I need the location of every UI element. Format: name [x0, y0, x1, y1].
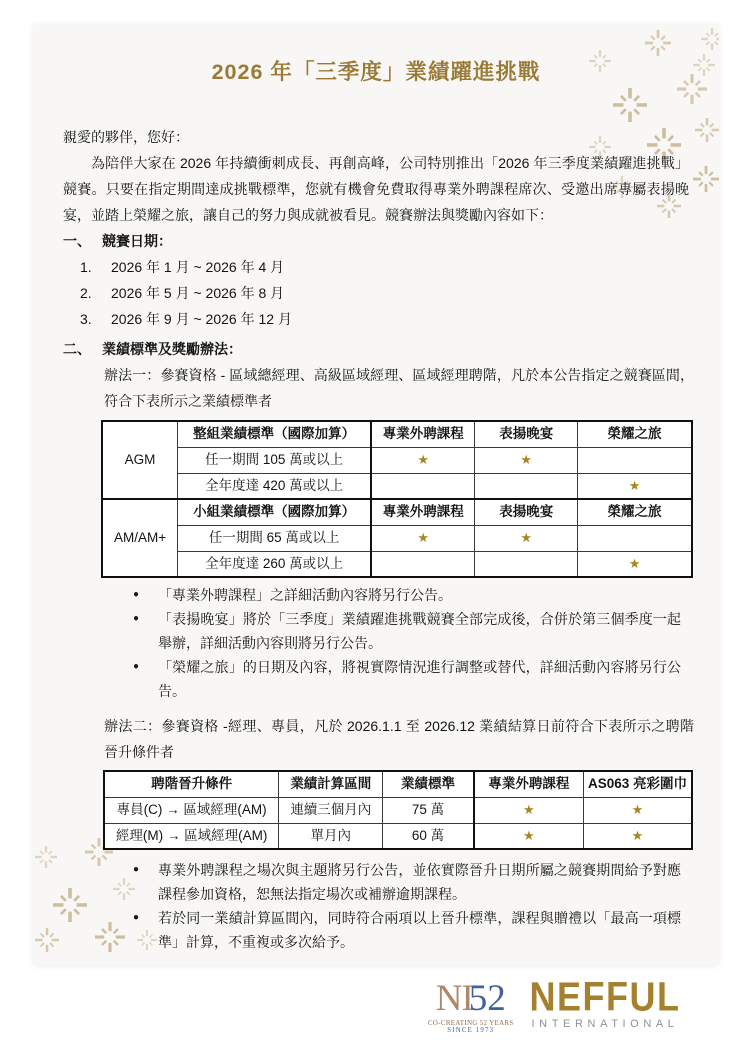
- empty-cell: [475, 551, 578, 577]
- column-header: 小組業績標準（國際加算）: [178, 499, 372, 525]
- method2-intro: 辦法二：參賽資格 -經理、專員，凡於 2026.1.1 至 2026.12 業績…: [104, 713, 694, 765]
- section-title: 業績標準及獎勵辦法：: [102, 336, 242, 362]
- section-heading-standards: 二、 業績標準及獎勵辦法：: [63, 336, 693, 362]
- standard-cell: 任一期間 105 萬或以上: [178, 447, 372, 473]
- column-header: 榮耀之旅: [578, 499, 692, 525]
- date-range: 2026 年 9 月 ~ 2026 年 12 月: [111, 306, 292, 332]
- empty-cell: [371, 551, 475, 577]
- neffful-logo: NEFFUL INTERNATIONAL: [530, 976, 681, 1030]
- method1-intro: 辦法一：參賽資格 - 區域總經理、高級區域經理、區域經理聘階，凡於本公告指定之競…: [104, 362, 694, 414]
- group-label-agm: AGM: [102, 421, 178, 499]
- star-icon: ★: [584, 797, 693, 823]
- list-number: 3.: [80, 306, 111, 332]
- table-row: 專員(C) → 區域經理(AM) 連續三個月內 75 萬 ★ ★: [104, 797, 692, 823]
- section-heading-notice: 三、 注意事項: [63, 960, 693, 965]
- column-header: 表揚晚宴: [475, 499, 578, 525]
- section-title: 競賽日期：: [102, 228, 172, 254]
- ni52-ni-letters: NI: [436, 978, 473, 1019]
- competition-dates-list: 1. 2026 年 1 月 ~ 2026 年 4 月 2. 2026 年 5 月…: [80, 254, 693, 332]
- standard-cell: 任一期間 65 萬或以上: [178, 525, 372, 551]
- empty-cell: [578, 525, 692, 551]
- period-cell: 單月內: [279, 823, 383, 849]
- table-row: 全年度達 260 萬或以上 ★: [102, 551, 692, 577]
- section-heading-dates: 一、 競賽日期：: [63, 228, 693, 254]
- bullet-icon: ●: [133, 655, 158, 703]
- section-number: 三、: [63, 960, 102, 965]
- column-header: AS063 亮彩圍巾: [584, 771, 693, 797]
- ni52-wordmark: NI52: [428, 981, 514, 1017]
- column-header: 整組業績標準（國際加算）: [178, 421, 372, 447]
- list-item: 3. 2026 年 9 月 ~ 2026 年 12 月: [80, 306, 693, 332]
- star-icon: ★: [578, 551, 692, 577]
- ni52-since: SINCE 1973: [428, 1027, 514, 1034]
- sparkle-icon: [693, 166, 719, 192]
- document-canvas: 2026 年「三季度」業績躍進挑戰 親愛的夥伴，您好： 為陪伴大家在 2026 …: [0, 0, 750, 1050]
- star-icon: ★: [371, 525, 475, 551]
- table-row: AM/AM+ 小組業績標準（國際加算） 專業外聘課程 表揚晚宴 榮耀之旅: [102, 499, 692, 525]
- table-row: 經理(M) → 區域經理(AM) 單月內 60 萬 ★ ★: [104, 823, 692, 849]
- column-header: 專業外聘課程: [474, 771, 584, 797]
- sparkle-icon: [701, 28, 719, 50]
- list-item: 2. 2026 年 5 月 ~ 2026 年 8 月: [80, 280, 693, 306]
- date-range: 2026 年 5 月 ~ 2026 年 8 月: [111, 280, 284, 306]
- column-header: 榮耀之旅: [578, 421, 692, 447]
- star-icon: ★: [475, 447, 578, 473]
- section-number: 二、: [63, 336, 102, 362]
- column-header: 業績計算區間: [279, 771, 383, 797]
- announcement-page: 2026 年「三季度」業績躍進挑戰 親愛的夥伴，您好： 為陪伴大家在 2026 …: [33, 24, 719, 965]
- star-icon: ★: [578, 473, 692, 499]
- promotion-conditions-table: 聘階晉升條件 業績計算區間 業績標準 專業外聘課程 AS063 亮彩圍巾 專員(…: [103, 770, 693, 850]
- note-item: ● 「榮耀之旅」的日期及內容，將視實際情況進行調整或替代，詳細活動內容將另行公告…: [133, 655, 681, 703]
- bullet-icon: ●: [133, 906, 158, 954]
- bullet-icon: ●: [133, 607, 158, 655]
- note-text: 「榮耀之旅」的日期及內容，將視實際情況進行調整或替代，詳細活動內容將另行公告。: [158, 655, 681, 703]
- sparkle-icon: [693, 54, 715, 76]
- neffful-international-label: INTERNATIONAL: [530, 1018, 681, 1030]
- condition-cell: 專員(C) → 區域經理(AM): [104, 797, 279, 823]
- column-header: 專業外聘課程: [371, 421, 475, 447]
- table-row: 任一期間 105 萬或以上 ★ ★: [102, 447, 692, 473]
- column-header: 聘階晉升條件: [104, 771, 279, 797]
- empty-cell: [578, 447, 692, 473]
- table-row: 全年度達 420 萬或以上 ★: [102, 473, 692, 499]
- star-icon: ★: [474, 797, 584, 823]
- reward-standards-table: AGM 整組業績標準（國際加算） 專業外聘課程 表揚晚宴 榮耀之旅 任一期間 1…: [101, 420, 693, 578]
- column-header: 表揚晚宴: [475, 421, 578, 447]
- page-content: 2026 年「三季度」業績躍進挑戰 親愛的夥伴，您好： 為陪伴大家在 2026 …: [33, 58, 693, 965]
- standard-cell: 60 萬: [383, 823, 474, 849]
- sparkle-icon: [645, 30, 671, 56]
- standard-cell: 全年度達 420 萬或以上: [178, 473, 372, 499]
- standard-cell: 全年度達 260 萬或以上: [178, 551, 372, 577]
- note-text: 「表揚晚宴」將於「三季度」業績躍進挑戰競賽全部完成後，合併於第三個季度一起舉辦，…: [158, 607, 681, 655]
- column-header: 業績標準: [383, 771, 474, 797]
- list-number: 1.: [80, 254, 111, 280]
- period-cell: 連續三個月內: [279, 797, 383, 823]
- sparkle-icon: [695, 118, 719, 142]
- list-item: 1. 2026 年 1 月 ~ 2026 年 4 月: [80, 254, 693, 280]
- section-title: 注意事項: [102, 960, 158, 965]
- ni52-52-numerals: 52: [469, 978, 506, 1019]
- table-row: 任一期間 65 萬或以上 ★ ★: [102, 525, 692, 551]
- list-number: 2.: [80, 280, 111, 306]
- table-row: AGM 整組業績標準（國際加算） 專業外聘課程 表揚晚宴 榮耀之旅: [102, 421, 692, 447]
- ni52-tagline: CO-CREATING 52 YEARS: [428, 1020, 514, 1027]
- note-item: ● 專業外聘課程之場次與主題將另行公告，並依實際晉升日期所屬之競賽期間給予對應課…: [133, 858, 681, 906]
- method2-notes: ● 專業外聘課程之場次與主題將另行公告，並依實際晉升日期所屬之競賽期間給予對應課…: [63, 858, 693, 954]
- note-item: ● 若於同一業績計算區間內，同時符合兩項以上晉升標準，課程與贈禮以「最高一項標準…: [133, 906, 681, 954]
- page-title: 2026 年「三季度」業績躍進挑戰: [63, 58, 689, 86]
- date-range: 2026 年 1 月 ~ 2026 年 4 月: [111, 254, 284, 280]
- note-text: 若於同一業績計算區間內，同時符合兩項以上晉升標準，課程與贈禮以「最高一項標準」計…: [158, 906, 681, 954]
- note-text: 「專業外聘課程」之詳細活動內容將另行公告。: [158, 583, 681, 607]
- column-header: 專業外聘課程: [371, 499, 475, 525]
- star-icon: ★: [371, 447, 475, 473]
- bullet-icon: ●: [133, 858, 158, 906]
- star-icon: ★: [474, 823, 584, 849]
- footer-logos: NI52 CO-CREATING 52 YEARS SINCE 1973 NEF…: [428, 976, 681, 1034]
- star-icon: ★: [475, 525, 578, 551]
- intro-paragraph: 為陪伴大家在 2026 年持續衝刺成長、再創高峰，公司特別推出「2026 年三季…: [63, 150, 689, 228]
- greeting: 親愛的夥伴，您好：: [63, 124, 693, 150]
- bullet-icon: ●: [133, 583, 158, 607]
- note-item: ● 「專業外聘課程」之詳細活動內容將另行公告。: [133, 583, 681, 607]
- condition-cell: 經理(M) → 區域經理(AM): [104, 823, 279, 849]
- empty-cell: [371, 473, 475, 499]
- note-text: 專業外聘課程之場次與主題將另行公告，並依實際晉升日期所屬之競賽期間給予對應課程參…: [158, 858, 681, 906]
- section-number: 一、: [63, 228, 102, 254]
- method1-notes: ● 「專業外聘課程」之詳細活動內容將另行公告。 ● 「表揚晚宴」將於「三季度」業…: [63, 583, 693, 703]
- note-item: ● 「表揚晚宴」將於「三季度」業績躍進挑戰競賽全部完成後，合併於第三個季度一起舉…: [133, 607, 681, 655]
- group-label-am: AM/AM+: [102, 499, 178, 577]
- star-icon: ★: [584, 823, 693, 849]
- ni52-logo: NI52 CO-CREATING 52 YEARS SINCE 1973: [428, 976, 514, 1034]
- empty-cell: [475, 473, 578, 499]
- table-row: 聘階晉升條件 業績計算區間 業績標準 專業外聘課程 AS063 亮彩圍巾: [104, 771, 692, 797]
- neffful-wordmark: NEFFUL: [530, 976, 681, 1019]
- standard-cell: 75 萬: [383, 797, 474, 823]
